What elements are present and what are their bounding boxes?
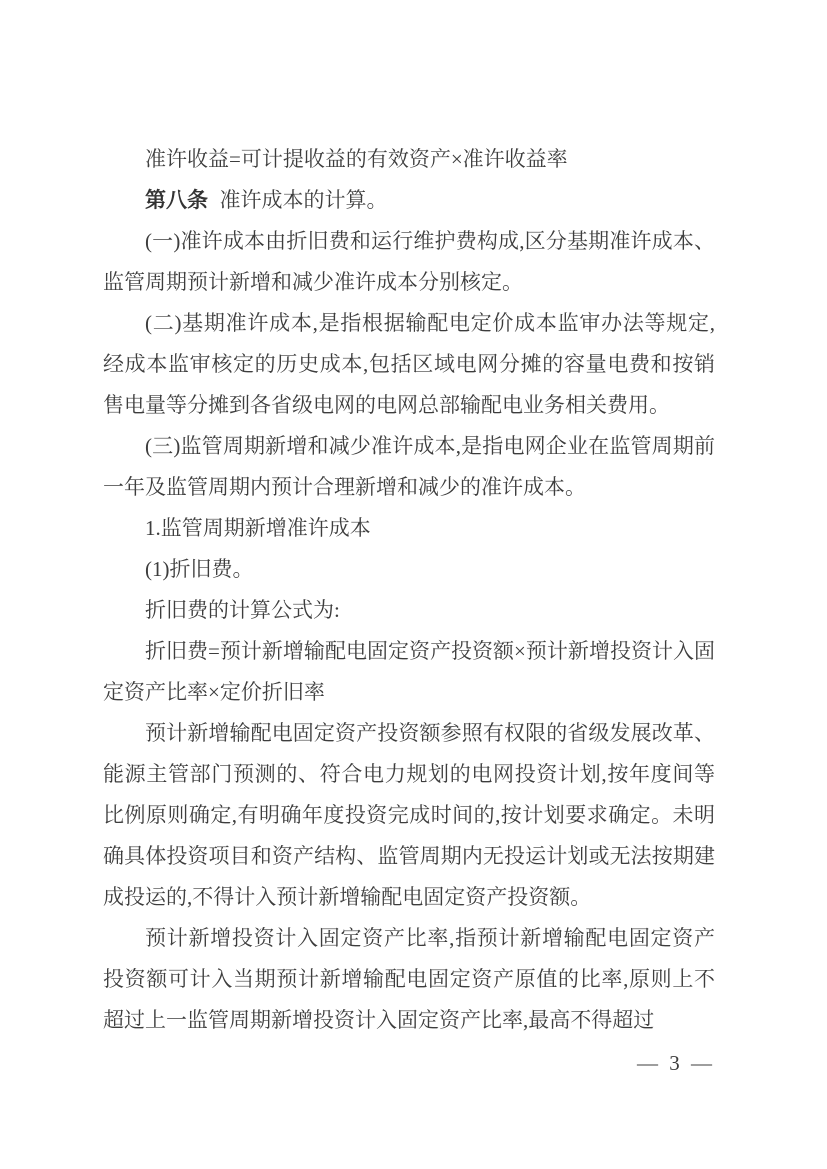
para-item-2: (二)基期准许成本,是指根据输配电定价成本监审办法等规定,经成本监审核定的历史成…: [103, 303, 715, 426]
para-item-3: (三)监管周期新增和减少准许成本,是指电网企业在监管周期前一年及监管周期内预计合…: [103, 426, 715, 508]
para-depreciation-title: (1)折旧费。: [103, 549, 715, 590]
para-investment-amount-rule: 预计新增输配电固定资产投资额参照有权限的省级发展改革、能源主管部门预测的、符合电…: [103, 713, 715, 918]
document-body: 准许收益=可计提收益的有效资产×准许收益率 第八条准许成本的计算。 (一)准许成…: [103, 139, 715, 1041]
article-number: 第八条: [145, 188, 208, 212]
para-article-8-heading: 第八条准许成本的计算。: [103, 180, 715, 221]
article-title: 准许成本的计算。: [220, 188, 388, 212]
para-subitem-1-title: 1.监管周期新增准许成本: [103, 508, 715, 549]
para-item-1: (一)准许成本由折旧费和运行维护费构成,区分基期准许成本、监管周期预计新增和减少…: [103, 221, 715, 303]
document-page: 准许收益=可计提收益的有效资产×准许收益率 第八条准许成本的计算。 (一)准许成…: [0, 0, 827, 1169]
para-fixed-asset-ratio-rule: 预计新增投资计入固定资产比率,指预计新增输配电固定资产投资额可计入当期预计新增输…: [103, 918, 715, 1041]
para-formula-intro: 折旧费的计算公式为:: [103, 590, 715, 631]
para-depreciation-formula: 折旧费=预计新增输配电固定资产投资额×预计新增投资计入固定资产比率×定价折旧率: [103, 631, 715, 713]
para-allowed-revenue-formula: 准许收益=可计提收益的有效资产×准许收益率: [103, 139, 715, 180]
page-number: — 3 —: [103, 1043, 715, 1084]
